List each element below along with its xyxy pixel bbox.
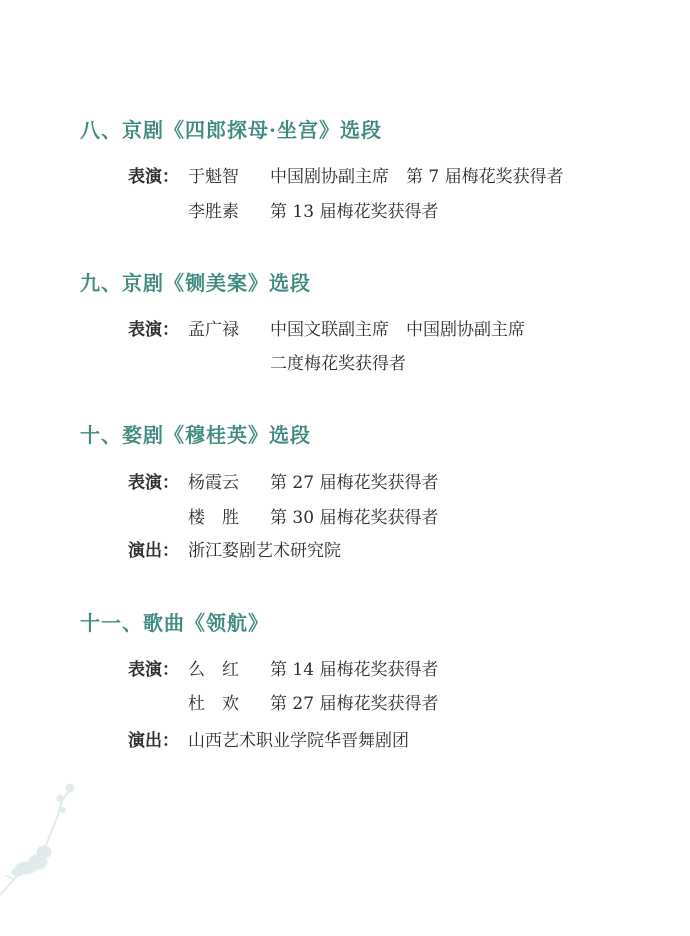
performer-role: 中国文联副主席 中国剧协副主席 — [270, 319, 525, 341]
plum-blossom-branch-icon — [0, 780, 120, 936]
performer-label: 表演： — [128, 319, 179, 341]
performer-name: 杨霞云 — [188, 472, 239, 494]
performer-name: 孟广禄 — [188, 319, 239, 341]
performer-role: 二度梅花奖获得者 — [270, 353, 406, 375]
performer-role: 第 30 届梅花奖获得者 — [270, 507, 438, 529]
presenter-name: 浙江婺剧艺术研究院 — [188, 540, 341, 562]
presenter-label: 演出： — [128, 540, 179, 562]
section-heading-8: 八、京剧《四郎探母·坐宫》选段 — [80, 117, 382, 143]
performer-name: 么 红 — [188, 659, 239, 681]
performer-role: 第 27 届梅花奖获得者 — [270, 693, 438, 715]
performer-label: 表演： — [128, 472, 179, 494]
section-heading-9: 九、京剧《铡美案》选段 — [80, 270, 311, 296]
performer-label: 表演： — [128, 166, 179, 188]
section-heading-10: 十、婺剧《穆桂英》选段 — [80, 422, 311, 448]
section-heading-11: 十一、歌曲《领航》 — [80, 610, 269, 636]
performer-role: 第 14 届梅花奖获得者 — [270, 659, 438, 681]
performer-name: 杜 欢 — [188, 693, 239, 715]
performer-role: 中国剧协副主席 第 7 届梅花奖获得者 — [270, 166, 564, 188]
presenter-label: 演出： — [128, 730, 179, 752]
performer-name: 于魁智 — [188, 166, 239, 188]
performer-name: 李胜素 — [188, 201, 239, 223]
performer-label: 表演： — [128, 659, 179, 681]
performer-role: 第 27 届梅花奖获得者 — [270, 472, 438, 494]
performer-role: 第 13 届梅花奖获得者 — [270, 201, 438, 223]
performer-name: 楼 胜 — [188, 507, 239, 529]
presenter-name: 山西艺术职业学院华晋舞剧团 — [188, 730, 409, 752]
